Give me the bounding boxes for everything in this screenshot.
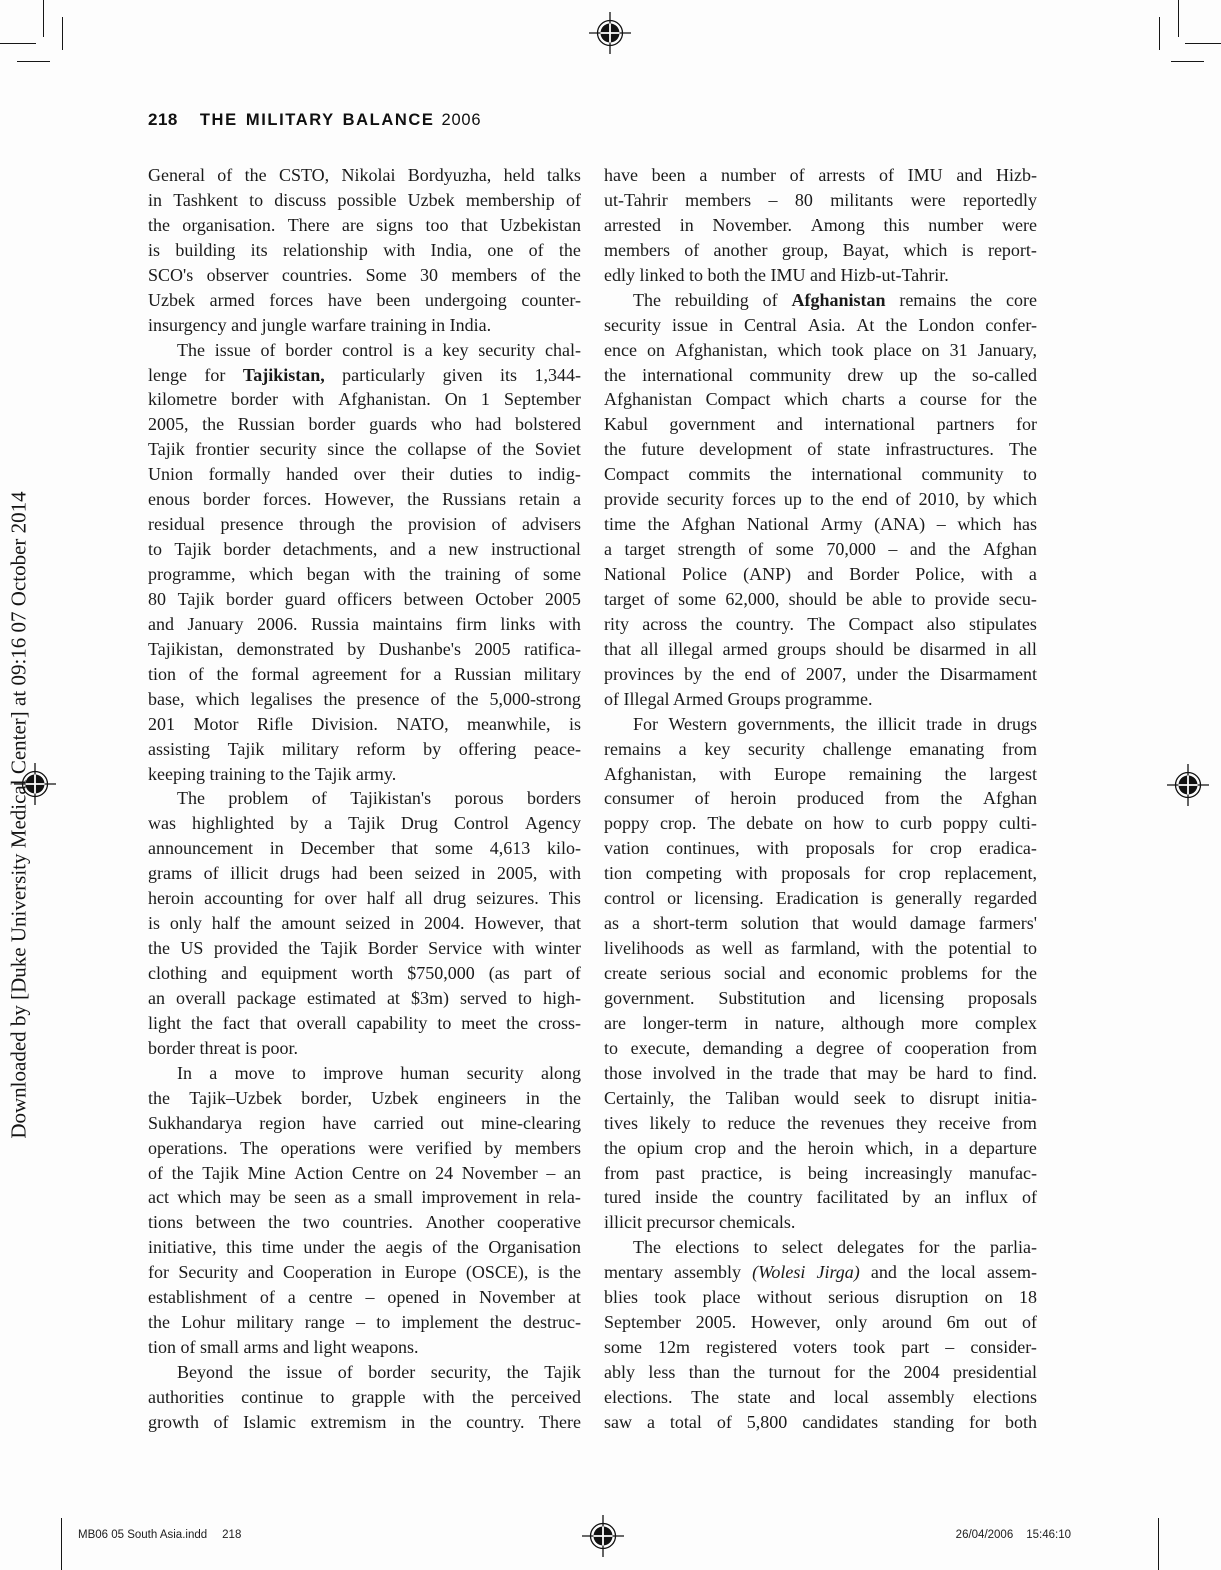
text-line: Uzbekarmedforceshavebeenundergoingcounte… bbox=[148, 288, 581, 313]
text-line: lengeforTajikistan,particularlygivenits1… bbox=[148, 363, 581, 388]
text-line: isbuildingitsrelationshipwithIndia,oneof… bbox=[148, 238, 581, 263]
page-number: 218 bbox=[148, 110, 178, 129]
text-line: NationalPolice(ANP)andBorderPolice,witha bbox=[604, 562, 1037, 587]
right-column: havebeenanumberofarrestsofIMUandHizb-ut-… bbox=[604, 163, 1037, 1435]
text-line: theLohurmilitaryrange–toimplementthedest… bbox=[148, 1310, 581, 1335]
text-line: 80TajikborderguardofficersbetweenOctober… bbox=[148, 587, 581, 612]
crop-mark bbox=[1185, 43, 1221, 44]
text-line: heroinaccountingforoverhalfalldrugseizur… bbox=[148, 886, 581, 911]
page-header: 218THE MILITARY BALANCE2006 bbox=[148, 110, 481, 130]
text-line: toexecute,demandingadegreeofcooperationf… bbox=[604, 1036, 1037, 1061]
text-line: enousborderforces.However,theRussiansret… bbox=[148, 487, 581, 512]
text-line: mentaryassembly(WolesiJirga)andthelocala… bbox=[604, 1260, 1037, 1285]
text-line: assistingTajikmilitaryreformbyofferingpe… bbox=[148, 737, 581, 762]
registration-mark-icon bbox=[588, 11, 632, 55]
text-line: sawatotalof5,800candidatesstandingforbot… bbox=[604, 1410, 1037, 1435]
text-line: forSecurityandCooperationinEurope(OSCE),… bbox=[148, 1260, 581, 1285]
text-line: havebeenanumberofarrestsofIMUandHizb- bbox=[604, 163, 1037, 188]
footer-page-number: 218 bbox=[222, 1529, 241, 1541]
text-line: turedinsidethecountryfacilitatedbyaninfl… bbox=[604, 1185, 1037, 1210]
crop-mark bbox=[1171, 61, 1204, 62]
text-line: edly linked to both the IMU and Hizb-ut-… bbox=[604, 263, 1037, 288]
text-line: Certainly,theTalibanwouldseektodisruptin… bbox=[604, 1086, 1037, 1111]
text-line: arelonger-terminnature,althoughmorecompl… bbox=[604, 1011, 1037, 1036]
text-line: Theissueofbordercontrolisakeysecuritycha… bbox=[148, 338, 581, 363]
text-line: Sukhandaryaregionhavecarriedoutmine-clea… bbox=[148, 1111, 581, 1136]
text-line: actwhichmaybeseenasasmallimprovementinre… bbox=[148, 1185, 581, 1210]
text-line: AfghanistanCompactwhichchartsacoursefort… bbox=[604, 387, 1037, 412]
text-line: ablylessthantheturnoutforthe2004presiden… bbox=[604, 1360, 1037, 1385]
crop-mark bbox=[43, 0, 44, 37]
text-line: elections.Thestateandlocalassemblyelecti… bbox=[604, 1385, 1037, 1410]
text-line: announcementinDecemberthatsome4,613kilo- bbox=[148, 836, 581, 861]
text-line: Theelectionstoselectdelegatesfortheparli… bbox=[604, 1235, 1037, 1260]
text-line: createserioussocialandeconomicproblemsfo… bbox=[604, 961, 1037, 986]
text-line: tion of small arms and light weapons. bbox=[148, 1335, 581, 1360]
text-line: timetheAfghanNationalArmy(ANA)–whichhas bbox=[604, 512, 1037, 537]
text-line: andJanuary2006.Russiamaintainsfirmlinksw… bbox=[148, 612, 581, 637]
text-line: consumerofheroinproducedfromtheAfghan bbox=[604, 786, 1037, 811]
text-line: clothingandequipmentworth$750,000(aspart… bbox=[148, 961, 581, 986]
text-line: September2005.However,onlyaround6moutof bbox=[604, 1310, 1037, 1335]
text-line: membersofanothergroup,Bayat,whichisrepor… bbox=[604, 238, 1037, 263]
text-line: growthofIslamicextremisminthecountry.The… bbox=[148, 1410, 581, 1435]
left-column: GeneraloftheCSTO,NikolaiBordyuzha,heldta… bbox=[148, 163, 581, 1435]
text-line: programme,whichbeganwiththetrainingofsom… bbox=[148, 562, 581, 587]
text-line: keeping training to the Tajik army. bbox=[148, 762, 581, 787]
text-line: isonlyhalftheamountseizedin2004.However,… bbox=[148, 911, 581, 936]
text-line: inTashkenttodiscusspossibleUzbekmembersh… bbox=[148, 188, 581, 213]
text-line: targetofsome62,000,shouldbeabletoprovide… bbox=[604, 587, 1037, 612]
text-line: Beyondtheissueofbordersecurity,theTajik bbox=[148, 1360, 581, 1385]
text-line: Compactcommitstheinternationalcommunityt… bbox=[604, 462, 1037, 487]
text-line: government.Substitutionandlicensingpropo… bbox=[604, 986, 1037, 1011]
footer-file-info: MB06 05 South Asia.indd 218 bbox=[78, 1529, 241, 1541]
text-line: toTajikborderdetachments,andanewinstruct… bbox=[148, 537, 581, 562]
text-line: securityissueinCentralAsia.AttheLondonco… bbox=[604, 313, 1037, 338]
text-line: ut-Tahrirmembers–80militantswerereported… bbox=[604, 188, 1037, 213]
book-title: THE MILITARY BALANCE bbox=[200, 111, 435, 129]
text-line: kilometreborderwithAfghanistan.On1Septem… bbox=[148, 387, 581, 412]
text-line: rityacrossthecountry.TheCompactalsostipu… bbox=[604, 612, 1037, 637]
text-line: providesecurityforcesuptotheendof2010,by… bbox=[604, 487, 1037, 512]
text-line: tiveslikelytoreducetherevenuestheyreceiv… bbox=[604, 1111, 1037, 1136]
text-line: theUSprovidedtheTajikBorderServicewithwi… bbox=[148, 936, 581, 961]
text-columns: GeneraloftheCSTO,NikolaiBordyuzha,heldta… bbox=[148, 163, 1037, 1435]
crop-mark bbox=[61, 1518, 62, 1570]
text-line: vationcontinues,withproposalsforcroperad… bbox=[604, 836, 1037, 861]
text-line: frompastpractice,isbeingincreasinglymanu… bbox=[604, 1161, 1037, 1186]
text-line: controlorlicensing.Eradicationisgenerall… bbox=[604, 886, 1037, 911]
text-line: washighlightedbyaTajikDrugControlAgency bbox=[148, 811, 581, 836]
text-line: poppycrop.Thedebateonhowtocurbpoppyculti… bbox=[604, 811, 1037, 836]
text-line: Tajikistan,demonstratedbyDushanbe's2005r… bbox=[148, 637, 581, 662]
text-line: thefuturedevelopmentofstateinfrastructur… bbox=[604, 437, 1037, 462]
text-line: illicit precursor chemicals. bbox=[604, 1210, 1037, 1235]
crop-mark bbox=[1159, 17, 1160, 50]
footer-filename: MB06 05 South Asia.indd bbox=[78, 1529, 207, 1541]
registration-mark-icon bbox=[1166, 763, 1210, 807]
text-line: bliestookplacewithoutseriousdisruptionon… bbox=[604, 1285, 1037, 1310]
text-line: 2005,theRussianborderguardswhohadbolster… bbox=[148, 412, 581, 437]
text-line: theopiumcropandtheheroinwhich,inadepartu… bbox=[604, 1136, 1037, 1161]
text-line: Unionformallyhandedovertheirdutiestoindi… bbox=[148, 462, 581, 487]
text-line: asashort-termsolutionthatwoulddamagefarm… bbox=[604, 911, 1037, 936]
text-line: theinternationalcommunitydrewuptheso-cal… bbox=[604, 363, 1037, 388]
scanned-page: 218THE MILITARY BALANCE2006 Generalofthe… bbox=[0, 0, 1221, 1570]
text-line: tioncompetingwithproposalsforcropreplace… bbox=[604, 861, 1037, 886]
text-line: insurgency and jungle warfare training i… bbox=[148, 313, 581, 338]
text-line: GeneraloftheCSTO,NikolaiBordyuzha,heldta… bbox=[148, 163, 581, 188]
crop-mark bbox=[1158, 1518, 1159, 1570]
crop-mark bbox=[62, 17, 63, 50]
text-line: tionsbetweenthetwocountries.Anothercoope… bbox=[148, 1210, 581, 1235]
text-line: oftheTajikMineActionCentreon24November–a… bbox=[148, 1161, 581, 1186]
text-line: remainsakeysecuritychallengeemanatingfro… bbox=[604, 737, 1037, 762]
text-line: residualpresencethroughtheprovisionofadv… bbox=[148, 512, 581, 537]
text-line: 201MotorRifleDivision.NATO,meanwhile,is bbox=[148, 712, 581, 737]
text-line: thatallillegalarmedgroupsshouldbedisarme… bbox=[604, 637, 1037, 662]
footer-time: 15:46:10 bbox=[1026, 1529, 1071, 1541]
text-line: establishmentofacentre–openedinNovembera… bbox=[148, 1285, 581, 1310]
text-line: anoverallpackageestimatedat$3m)servedtoh… bbox=[148, 986, 581, 1011]
text-line: provincesbytheendof2007,undertheDisarmam… bbox=[604, 662, 1037, 687]
footer-date: 26/04/2006 bbox=[956, 1529, 1014, 1541]
text-line: livelihoodsaswellasfarmland,withthepoten… bbox=[604, 936, 1037, 961]
text-line: Afghanistan,withEuroperemainingthelarges… bbox=[604, 762, 1037, 787]
crop-mark bbox=[17, 61, 50, 62]
text-line: tionoftheformalagreementforaRussianmilit… bbox=[148, 662, 581, 687]
text-line: arrestedinNovember.Amongthisnumberwere bbox=[604, 213, 1037, 238]
text-line: base,whichlegalisesthepresenceofthe5,000… bbox=[148, 687, 581, 712]
book-year: 2006 bbox=[441, 111, 481, 129]
text-line: of Illegal Armed Groups programme. bbox=[604, 687, 1037, 712]
text-line: some12mregisteredvoterstookpart–consider… bbox=[604, 1335, 1037, 1360]
text-line: TherebuildingofAfghanistanremainsthecore bbox=[604, 288, 1037, 313]
text-line: ForWesterngovernments,theillicittradeind… bbox=[604, 712, 1037, 737]
footer-timestamp: 26/04/2006 15:46:10 bbox=[956, 1529, 1071, 1541]
registration-mark-icon bbox=[581, 1514, 625, 1558]
text-line: operations.Theoperationswereverifiedbyme… bbox=[148, 1136, 581, 1161]
text-line: initiative,thistimeundertheaegisoftheOrg… bbox=[148, 1235, 581, 1260]
text-line: atargetstrengthofsome70,000–andtheAfghan bbox=[604, 537, 1037, 562]
text-line: TheproblemofTajikistan'sporousborders bbox=[148, 786, 581, 811]
text-line: lightthefactthatoverallcapabilitytomeett… bbox=[148, 1011, 581, 1036]
text-line: Kabulgovernmentandinternationalpartnersf… bbox=[604, 412, 1037, 437]
text-line: theorganisation.TherearesignstoothatUzbe… bbox=[148, 213, 581, 238]
text-line: SCO'sobservercountries.Some30membersofth… bbox=[148, 263, 581, 288]
crop-mark bbox=[1178, 0, 1179, 37]
text-line: enceonAfghanistan,whichtookplaceon31Janu… bbox=[604, 338, 1037, 363]
text-line: authoritiescontinuetograpplewiththeperce… bbox=[148, 1385, 581, 1410]
text-line: gramsofillicitdrugshadbeenseizedin2005,w… bbox=[148, 861, 581, 886]
text-line: thoseinvolvedinthetradethatmaybehardtofi… bbox=[604, 1061, 1037, 1086]
text-line: theTajik–Uzbekborder,Uzbekengineersinthe bbox=[148, 1086, 581, 1111]
text-line: border threat is poor. bbox=[148, 1036, 581, 1061]
crop-mark bbox=[0, 43, 36, 44]
watermark-text: Downloaded by [Duke University Medical C… bbox=[7, 491, 32, 1138]
text-line: Tajikfrontiersecuritysincethecollapseoft… bbox=[148, 437, 581, 462]
text-line: Inamovetoimprovehumansecurityalong bbox=[148, 1061, 581, 1086]
